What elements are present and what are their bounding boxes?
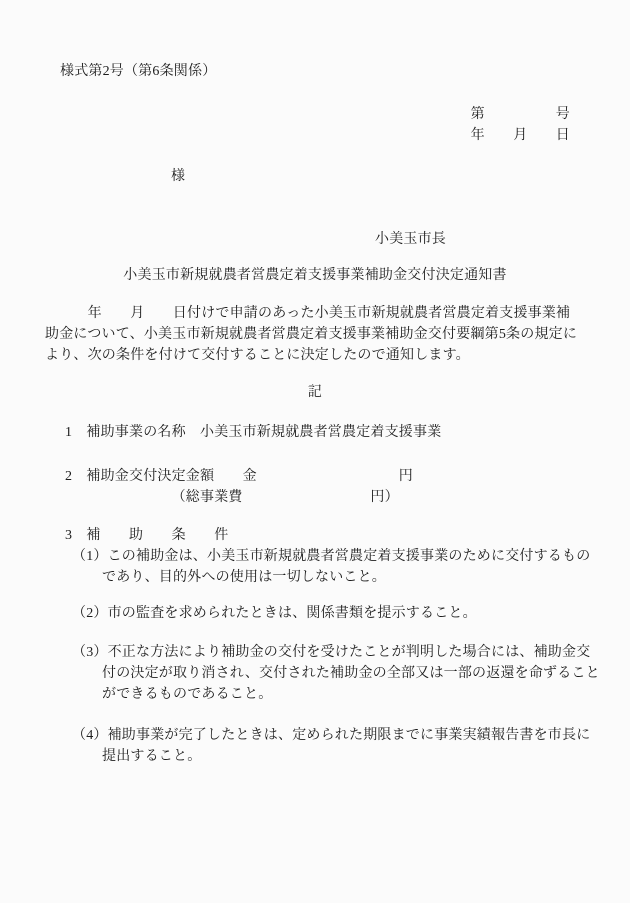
condition-3-line-2: 付の決定が取り消され、交付された補助金の全部又は一部の返還を命ずること <box>45 663 585 684</box>
addressee-suffix: 様 <box>45 166 585 187</box>
sender-name: 小美玉市長 <box>45 229 585 250</box>
item-2-amount-line-2: （総事業費 円） <box>45 487 585 508</box>
document-title: 小美玉市新規就農者営農定着支援事業補助金交付決定通知書 <box>45 265 585 286</box>
item-1-project-name: 1 補助事業の名称 小美玉市新規就農者営農定着支援事業 <box>45 422 585 443</box>
document-page: 様式第2号（第6条関係） 第 号 年 月 日 様 小美玉市長 小美玉市新規就農者… <box>0 0 630 903</box>
doc-number-line: 第 号 <box>45 104 585 125</box>
condition-2-line-1: （2）市の監査を求められたときは、関係書類を提示すること。 <box>45 603 585 624</box>
item-3-conditions-header: 3 補 助 条 件 <box>45 525 585 546</box>
date-line: 年 月 日 <box>45 125 585 146</box>
form-number-label: 様式第2号（第6条関係） <box>45 61 585 82</box>
condition-3-line-1: （3）不正な方法により補助金の交付を受けたことが判明した場合には、補助金交 <box>45 642 585 663</box>
condition-1-line-2: であり、目的外への使用は一切しないこと。 <box>45 567 585 588</box>
body-line-2: 助金について、小美玉市新規就農者営農定着支援事業補助金交付要綱第5条の規定に <box>45 324 585 345</box>
condition-4-line-2: 提出すること。 <box>45 746 585 767</box>
body-line-1: 年 月 日付けで申請のあった小美玉市新規就農者営農定着支援事業補 <box>45 303 585 324</box>
ki-marker: 記 <box>45 382 585 403</box>
item-2-amount-line-1: 2 補助金交付決定金額 金 円 <box>45 466 585 487</box>
condition-1-line-1: （1）この補助金は、小美玉市新規就農者営農定着支援事業のために交付するもの <box>45 546 585 567</box>
body-line-3: より、次の条件を付けて交付することに決定したので通知します。 <box>45 345 585 366</box>
condition-3-line-3: ができるものであること。 <box>45 684 585 705</box>
condition-4-line-1: （4）補助事業が完了したときは、定められた期限までに事業実績報告書を市長に <box>45 725 585 746</box>
